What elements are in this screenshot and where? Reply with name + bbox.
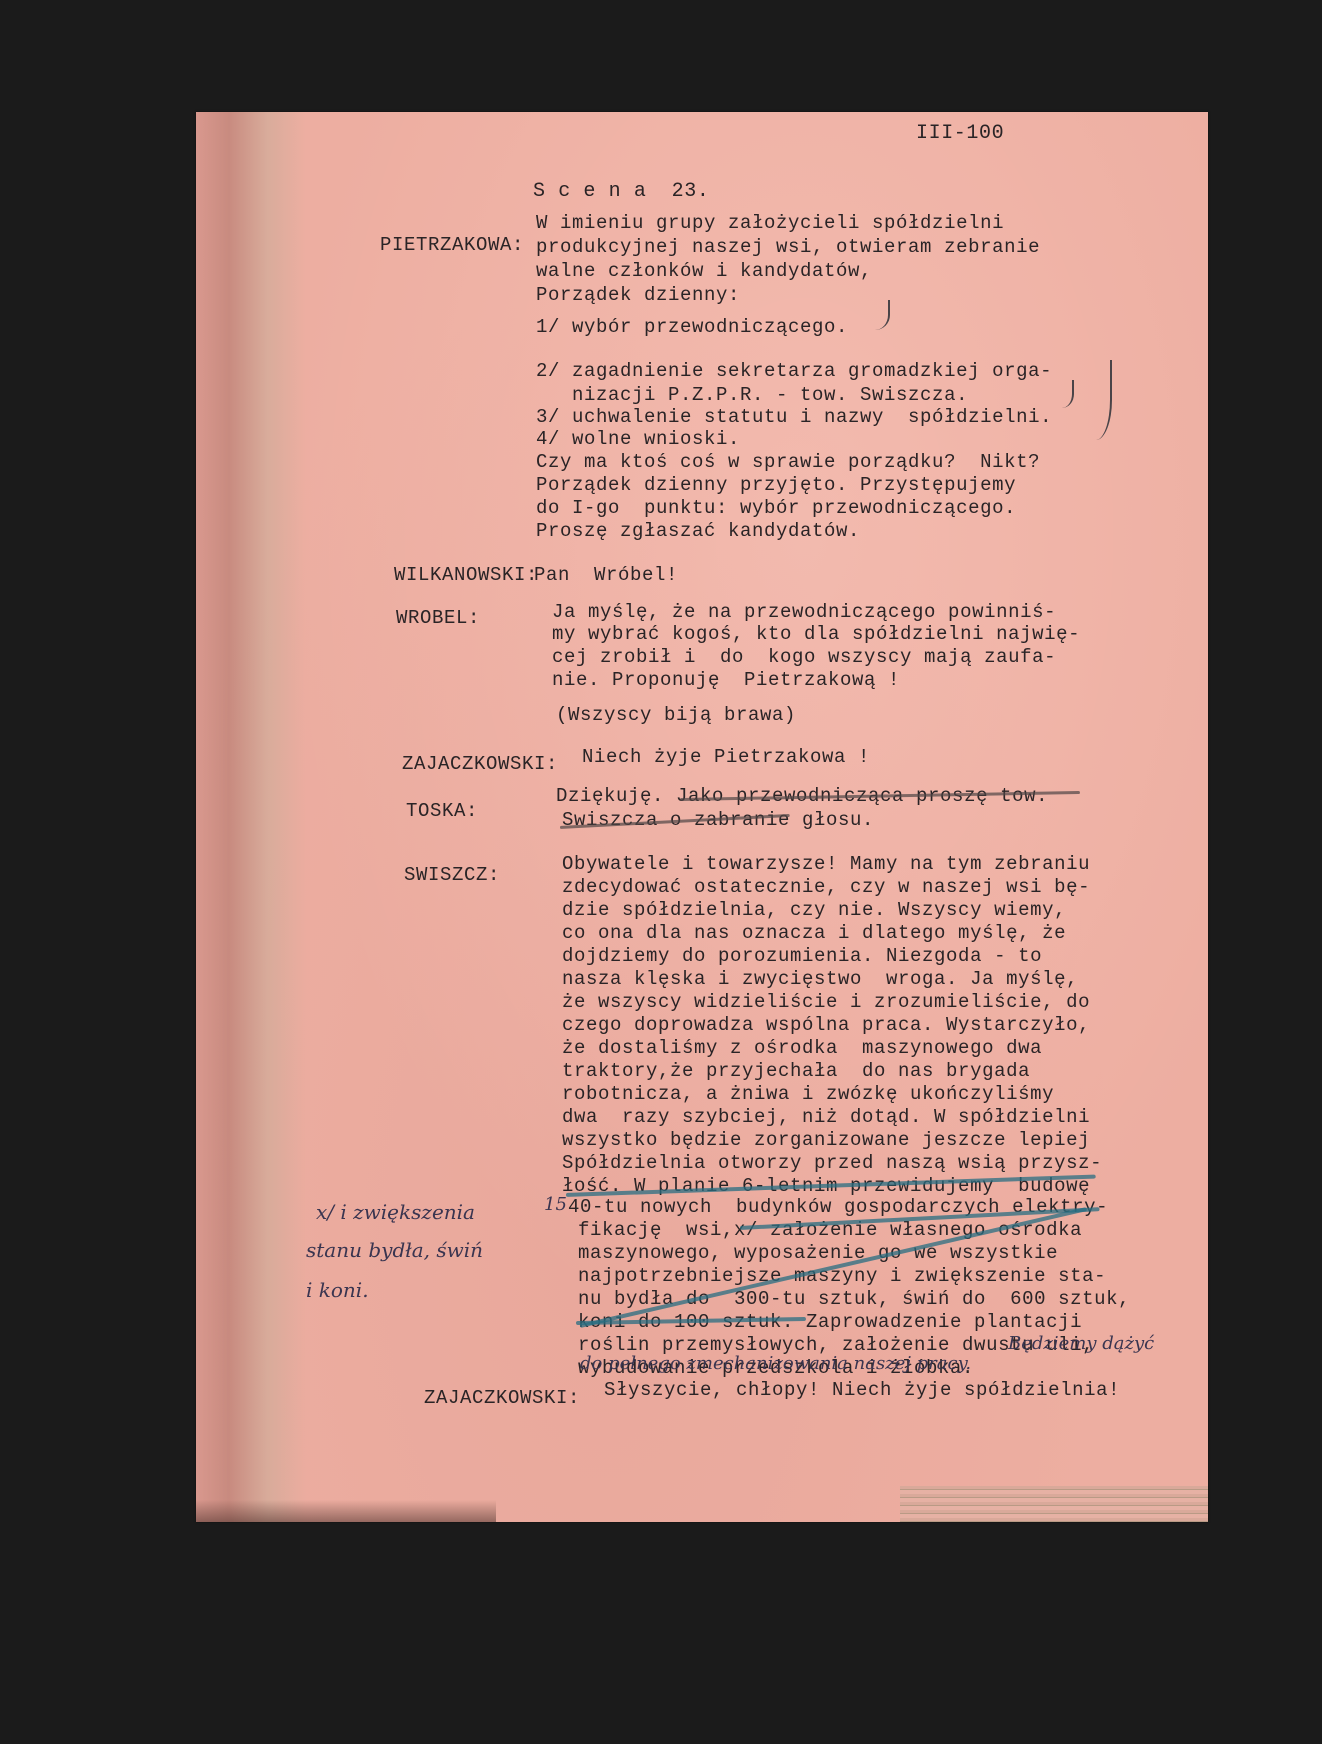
line: do I-go punktu: wybór przewodniczącego. xyxy=(536,499,1016,518)
page-number: III-100 xyxy=(916,124,1004,144)
line: czego doprowadza wspólna praca. Wystarcz… xyxy=(562,1016,1090,1035)
line: Pan Wróbel! xyxy=(534,566,678,585)
line: cej zrobił i do kogo wszyscy mają zaufa- xyxy=(552,648,1056,667)
agenda-item-1: 1/ wybór przewodniczącego. xyxy=(536,318,848,337)
speaker-swiszcz: SWISZCZ: xyxy=(404,866,500,885)
line: dzie spółdzielnia, czy nie. Wszyscy wiem… xyxy=(562,901,1066,920)
speaker-zajaczkowski: ZAJACZKOWSKI: xyxy=(402,755,558,774)
line: dwa razy szybciej, niż dotąd. W spółdzie… xyxy=(562,1108,1090,1127)
speaker-pietrzakowa: PIETRZAKOWA: xyxy=(380,236,524,255)
inline-handwritten-addition: do pełnego zmechanizowania naszej pracy. xyxy=(580,1353,971,1374)
line: nasza klęska i zwycięstwo wroga. Ja myśl… xyxy=(562,970,1078,989)
check-mark xyxy=(860,300,890,330)
line: produkcyjnej naszej wsi, otwieram zebran… xyxy=(536,238,1040,257)
stage-direction: (Wszyscy biją brawa) xyxy=(556,706,796,725)
line: traktory,że przyjechała do nas brygada xyxy=(562,1062,1030,1081)
agenda-item-4: 4/ wolne wnioski. xyxy=(536,430,740,449)
line: maszynowego, wyposażenie go we wszystkie xyxy=(578,1244,1058,1263)
line: Porządek dzienny przyjęto. Przystępujemy xyxy=(536,476,1016,495)
line: Porządek dzienny: xyxy=(536,286,740,305)
line: zdecydować ostatecznie, czy w naszej wsi… xyxy=(562,878,1090,897)
check-mark xyxy=(1050,380,1074,408)
page-bottom-shadow xyxy=(196,1500,496,1522)
speaker-toska: TOSKA: xyxy=(406,802,478,821)
line: najpotrzebniejsze maszyny i zwiększenie … xyxy=(578,1267,1106,1286)
agenda-item-2: 2/ zagadnienie sekretarza gromadzkiej or… xyxy=(536,362,1052,381)
line: Obywatele i towarzysze! Mamy na tym zebr… xyxy=(562,855,1090,874)
line: że dostaliśmy z ośrodka maszynowego dwa xyxy=(562,1039,1042,1058)
speaker-zajaczkowski: ZAJACZKOWSKI: xyxy=(424,1389,580,1408)
line: dojdziemy do porozumienia. Niezgoda - to xyxy=(562,947,1042,966)
agenda-item-2-cont: nizacji P.Z.P.R. - tow. Swiszcza. xyxy=(536,386,968,405)
inline-handwritten-addition: Będziemy dążyć xyxy=(1008,1333,1154,1354)
margin-number: 15 xyxy=(544,1194,567,1215)
line: Proszę zgłaszać kandydatów. xyxy=(536,522,860,541)
line: Ja myślę, że na przewodniczącego powinni… xyxy=(552,603,1056,622)
line: W imieniu grupy założycieli spółdzielni xyxy=(536,214,1004,233)
line: że wszyscy widzieliście i zrozumieliście… xyxy=(562,993,1090,1012)
line: Słyszycie, chłopy! Niech żyje spółdzieln… xyxy=(604,1381,1120,1400)
margin-note-line: stanu bydła, świń xyxy=(306,1238,483,1262)
margin-note-line: i koni. xyxy=(306,1278,369,1302)
agenda-item-3: 3/ uchwalenie statutu i nazwy spółdzieln… xyxy=(536,408,1052,427)
line: nie. Proponuję Pietrzakową ! xyxy=(552,671,900,690)
line: Niech żyje Pietrzakowa ! xyxy=(582,748,870,767)
speaker-wilkanowski: WILKANOWSKI: xyxy=(394,566,538,585)
line: robotnicza, a żniwa i zwózkę ukończyliśm… xyxy=(562,1085,1054,1104)
line: co ona dla nas oznacza i dlatego myślę, … xyxy=(562,924,1066,943)
check-mark xyxy=(1080,360,1112,440)
line: walne członków i kandydatów, xyxy=(536,262,872,281)
line: Spółdzielnia otworzy przed naszą wsią pr… xyxy=(562,1154,1102,1173)
line: wszystko będzie zorganizowane jeszcze le… xyxy=(562,1131,1090,1150)
line: my wybrać kogoś, kto dla spółdzielni naj… xyxy=(552,625,1080,644)
speaker-wrobel: WROBEL: xyxy=(396,609,480,628)
margin-note-line: x/ i zwiększenia xyxy=(316,1200,475,1224)
stacked-pages-edge xyxy=(900,1486,1208,1522)
page-fold-shadow xyxy=(196,112,306,1522)
scene-heading: S c e n a 23. xyxy=(533,182,709,202)
line: Czy ma ktoś coś w sprawie porządku? Nikt… xyxy=(536,453,1040,472)
